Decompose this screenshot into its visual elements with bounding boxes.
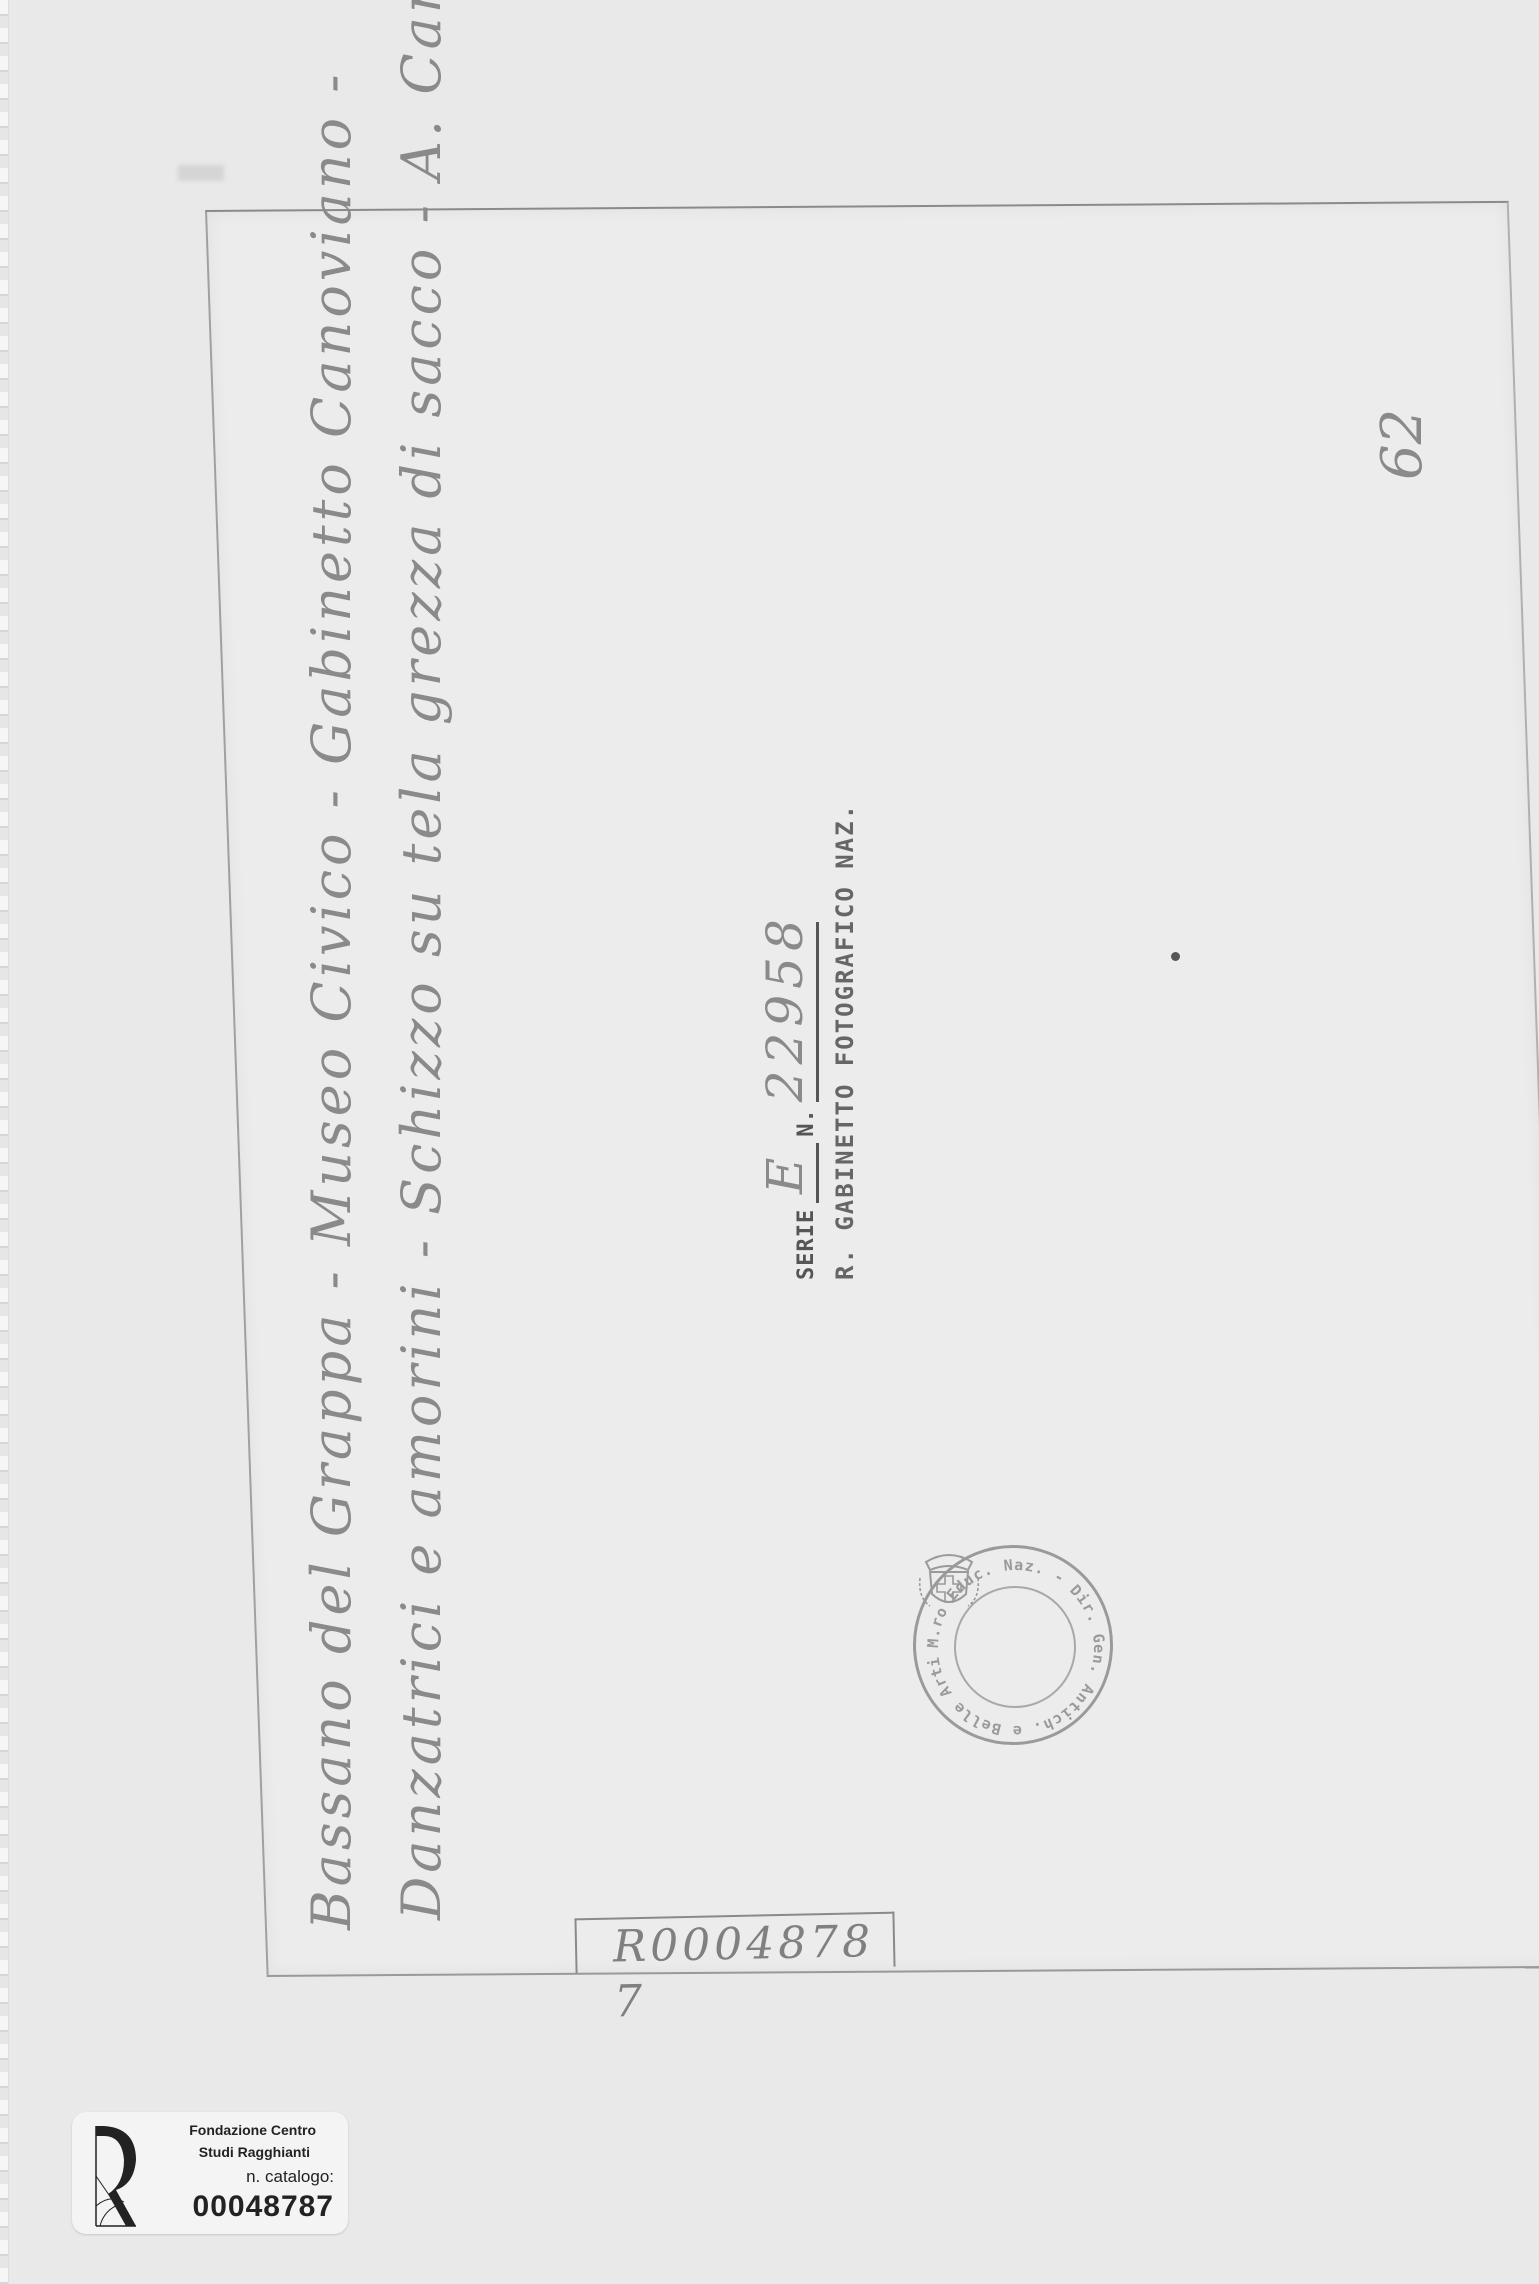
ministry-seal: M.ro Educ. Naz. - Dir. Gen. Antich. e Be… [913,1545,1113,1745]
album-perforation-edge [0,0,9,2284]
serie-number-line: SERIE E N. 22958 [790,803,819,1280]
handwritten-page-number: 62 [1370,409,1435,480]
label-foundation-line-1: Fondazione Centro [189,2122,316,2138]
number-field: 22958 [790,922,819,1102]
handwritten-caption-line-1: Bassano del Grappa - Museo Civico - Gabi… [300,70,363,1930]
handwritten-caption-line-2: Danzatrici e amorini - Schizzo su tela g… [390,0,453,1920]
serie-label: SERIE [794,1209,819,1280]
label-catalog-number: 00048787 [193,2190,334,2224]
stain-mark [178,165,224,181]
serie-value: E [756,1143,814,1203]
number-label: N. [794,1108,819,1137]
serie-field: E [790,1143,819,1203]
ink-dot [1171,952,1180,961]
photo-archive-stamp: SERIE E N. 22958 R. GABINETTO FOTOGRAFIC… [790,803,859,1280]
catalog-label: Fondazione Centro Studi Ragghianti n. ca… [72,2112,348,2234]
reference-code: R0004878 7 [574,1912,895,1974]
label-catalog-caption: n. catalogo: [246,2167,334,2187]
institution-name: R. GABINETTO FOTOGRAFICO NAZ. [831,803,859,1280]
ragghianti-r-logo-icon [90,2124,140,2228]
label-foundation-line-2: Studi Ragghianti [199,2144,310,2160]
number-value: 22958 [756,922,814,1102]
savoy-crest-icon [916,1548,982,1616]
